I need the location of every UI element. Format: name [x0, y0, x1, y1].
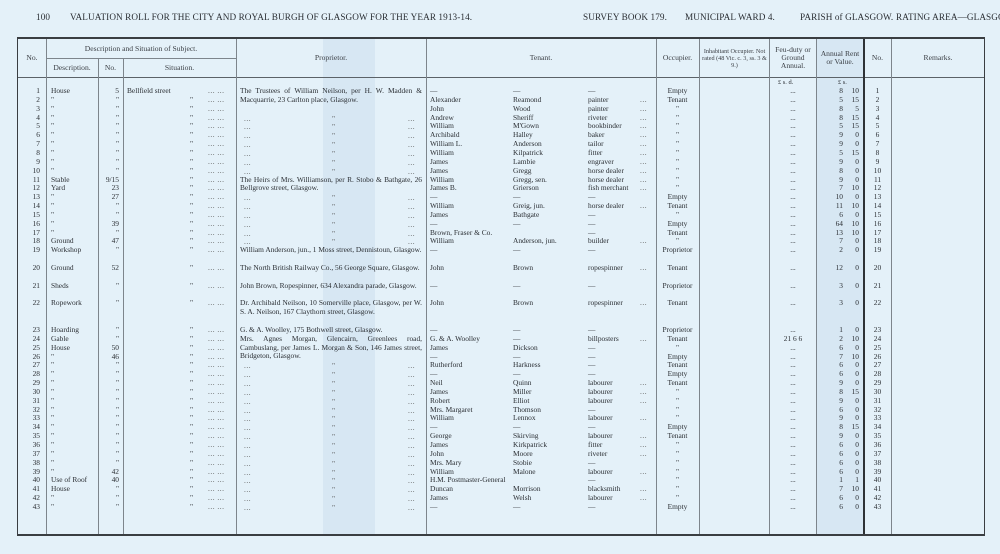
leader-dots: ...: [640, 299, 647, 308]
leader-dots: ...: [640, 184, 647, 193]
house-number: ": [98, 299, 119, 308]
header-no: No.: [18, 39, 46, 77]
leader-dots: ... ...: [208, 299, 224, 308]
col-rule: [699, 39, 700, 534]
row-no-right: 21: [864, 282, 891, 291]
situation: ": [190, 299, 193, 308]
rent-pounds: 6: [818, 503, 843, 512]
rent-pounds: 3: [818, 299, 843, 308]
tenant-surname: Brown: [513, 299, 533, 308]
tenant-surname: —: [513, 246, 520, 255]
header-description: Description.: [46, 58, 98, 77]
leader-dots: ...: [640, 335, 647, 344]
proprietor-entry: The Heirs of Mrs. Williamson, per R. Sto…: [240, 176, 422, 194]
header-occupier: Occupier.: [656, 39, 699, 77]
tenant-first-name: —: [430, 503, 437, 512]
feu-currency-header: £ s. d.: [778, 79, 793, 86]
tenant-first-name: John: [430, 299, 444, 308]
feu-duty: ...: [770, 246, 816, 255]
page-number: 100: [36, 12, 50, 22]
tenant-occupation: —: [588, 282, 595, 291]
header-situation: Situation.: [123, 58, 236, 77]
proprietor-entry: Mrs. Agnes Morgan, Glencairn, Greenlees …: [240, 335, 422, 362]
leader-dots: ...: [640, 202, 647, 211]
valuation-table: No. Description and Situation of Subject…: [17, 37, 985, 536]
header-tenant: Tenant.: [426, 39, 656, 77]
col-rule: [236, 39, 237, 534]
col-rule: [816, 39, 817, 534]
row-no-right: 19: [864, 246, 891, 255]
parish: PARISH of GLASGOW.: [800, 12, 893, 22]
description: Sheds: [51, 282, 69, 291]
house-number: 52: [98, 264, 119, 273]
house-number: ": [98, 282, 119, 291]
leader-dots: ... ...: [208, 282, 224, 291]
row-no-right: 22: [864, 299, 891, 308]
roll-title: VALUATION ROLL FOR THE CITY AND ROYAL BU…: [70, 12, 472, 22]
col-rule: [123, 58, 124, 534]
leader-dots: ... ...: [208, 246, 224, 255]
rating-area: RATING AREA—GLASGOW.: [896, 12, 1000, 22]
tenant-occupation: ropespinner: [588, 264, 623, 273]
tenant-surname: Malone: [513, 468, 536, 477]
col-rule: [46, 39, 47, 534]
occupier-status: Tenant: [656, 299, 699, 308]
description: ": [51, 503, 54, 512]
leader-dots: ...: [640, 414, 647, 423]
tenant-first-name: —: [430, 246, 437, 255]
leader-dots: ...: [640, 264, 647, 273]
col-rule: [891, 39, 892, 534]
feu-duty: ...: [770, 503, 816, 512]
header-feu-duty: Feu-duty or Ground Annual.: [770, 41, 816, 75]
proprietor-entry: The North British Railway Co., 56 George…: [240, 264, 422, 273]
rent-shillings: 0: [845, 503, 859, 512]
tenant-first-name: John: [430, 264, 444, 273]
tenant-surname: —: [513, 282, 520, 291]
situation: ": [190, 503, 193, 512]
header-proprietor: Proprietor.: [236, 39, 426, 77]
header-number: No.: [98, 58, 123, 77]
proprietor-entry: John Brown, Ropespinner, 634 Alexandra p…: [240, 282, 422, 291]
header-remarks: Remarks.: [892, 39, 984, 77]
tenant-occupation: —: [588, 246, 595, 255]
leader-dots: ...: [640, 450, 647, 459]
occupier-status: Tenant: [656, 264, 699, 273]
description: Ropework: [51, 299, 82, 308]
row-no-right: 43: [864, 503, 891, 512]
header-inhabitant-occupier: Inhabitant Occupier. Not rated (48 Vic. …: [700, 41, 769, 75]
situation: ": [190, 282, 193, 291]
rent-pounds: 12: [818, 264, 843, 273]
feu-duty: ...: [770, 282, 816, 291]
col-rule: [426, 39, 427, 534]
rent-shillings: 0: [845, 282, 859, 291]
proprietor-entry: Dr. Archibald Neilson, 10 Somerville pla…: [240, 299, 422, 317]
header-no-right: No.: [864, 39, 891, 77]
row-no: 20: [18, 264, 40, 273]
rent-pounds: 2: [818, 246, 843, 255]
leader-dots: ...: [640, 468, 647, 477]
tenant-surname: —: [513, 503, 520, 512]
rent-pounds: 3: [818, 282, 843, 291]
occupier-status: Empty: [656, 503, 699, 512]
tenant-surname: Brown: [513, 264, 533, 273]
leader-dots: ...: [640, 237, 647, 246]
tenant-surname: —: [513, 220, 520, 229]
rent-currency-header: £ s.: [838, 79, 847, 86]
proprietor-entry: William Anderson, jun., 1 Moss street, D…: [240, 246, 422, 255]
row-no: 43: [18, 503, 40, 512]
row-no: 19: [18, 246, 40, 255]
rent-shillings: 0: [845, 246, 859, 255]
description: Ground: [51, 264, 74, 273]
occupier-status: Proprietor: [656, 282, 699, 291]
description: Workshop: [51, 246, 81, 255]
page-header: 100 VALUATION ROLL FOR THE CITY AND ROYA…: [0, 12, 1000, 26]
header-bottom-rule: [18, 77, 984, 78]
survey-book: SURVEY BOOK 179.: [583, 12, 667, 22]
municipal-ward: MUNICIPAL WARD 4.: [685, 12, 775, 22]
leader-dots: ...: [640, 494, 647, 503]
leader-dots: ... ...: [208, 264, 224, 273]
leader-dots: ...: [640, 397, 647, 406]
occupier-status: Proprietor: [656, 246, 699, 255]
feu-duty: ...: [770, 264, 816, 273]
rent-shillings: 0: [845, 264, 859, 273]
situation: ": [190, 264, 193, 273]
header-annual-rent: Annual Rent or Value.: [817, 41, 863, 75]
house-number: ": [98, 246, 119, 255]
leader-dots: ... ...: [208, 503, 224, 512]
row-no-right: 20: [864, 264, 891, 273]
tenant-first-name: —: [430, 282, 437, 291]
proprietor-entry: The Trustees of William Neilson, per H. …: [240, 87, 422, 105]
tenant-occupation: ropespinner: [588, 299, 623, 308]
row-no: 21: [18, 282, 40, 291]
house-number: ": [98, 503, 119, 512]
row-no: 22: [18, 299, 40, 308]
situation: Bellfield street: [127, 87, 171, 96]
header-description-group: Description and Situation of Subject.: [46, 39, 236, 58]
feu-duty: ...: [770, 299, 816, 308]
rent-shillings: 0: [845, 299, 859, 308]
situation: ": [190, 246, 193, 255]
tenant-occupation: —: [588, 503, 595, 512]
